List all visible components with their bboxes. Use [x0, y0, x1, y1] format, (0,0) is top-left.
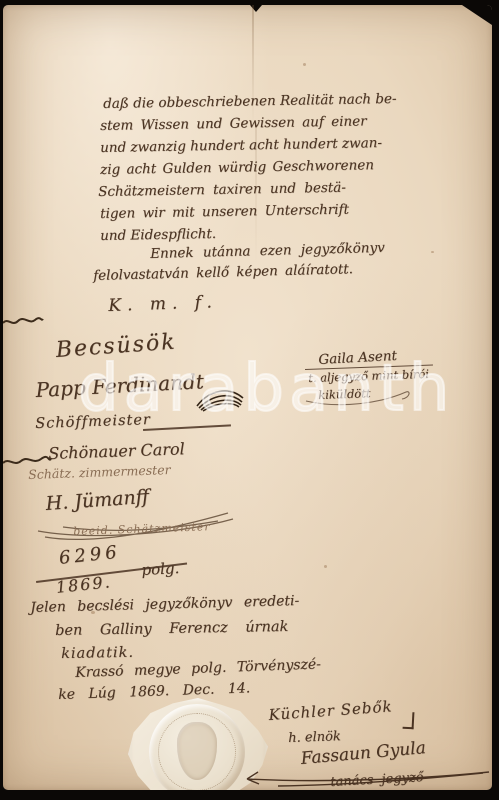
signature-role: t. aljegyző mint bírói	[308, 367, 429, 385]
signature: Gaila Asent	[318, 348, 397, 368]
manuscript-line: Ennek utánna ezen jegyzőkönyv	[150, 240, 385, 262]
docket-number: 6296	[58, 542, 122, 569]
foxing-spot	[431, 251, 434, 253]
kmf-abbreviation: K. m. f.	[108, 292, 218, 316]
pen-bracket	[403, 712, 415, 730]
manuscript-line: daß die obbeschriebenen Realität nach be…	[103, 91, 397, 112]
scanned-document-photo: daß die obbeschriebenen Realität nach be…	[0, 0, 499, 800]
appraisers-header: Becsüsök	[55, 330, 177, 363]
docket-year: 1869.	[55, 572, 112, 597]
manuscript-line: und zwanzig hundert acht hundert zwan-	[100, 135, 382, 156]
signature: Küchler Sebők	[268, 697, 393, 724]
docket-suffix: polg.	[141, 559, 180, 579]
manuscript-line: zig acht Gulden würdig Geschworenen	[100, 157, 374, 178]
foxing-spot	[303, 63, 306, 66]
manuscript-line: Jelen becslési jegyzőkönyv eredeti-	[30, 593, 299, 616]
signature: Papp Ferdinandt	[35, 369, 204, 402]
signature-role: h. elnök	[288, 729, 341, 746]
seal-disc	[149, 704, 245, 790]
manuscript-line: ben Galliny Ferencz úrnak	[55, 619, 288, 639]
torn-corner	[462, 5, 492, 25]
ink-mark	[3, 314, 43, 330]
manuscript-line: Schätzmeistern taxiren und bestä-	[98, 180, 346, 200]
manuscript-line: stem Wissen und Gewissen auf einer	[100, 113, 367, 134]
ink-blot-flourish	[195, 382, 245, 412]
document-page: daß die obbeschriebenen Realität nach be…	[3, 5, 492, 790]
pen-stroke	[143, 424, 231, 430]
signature-flourish	[306, 389, 416, 409]
signature: Schönauer Carol	[48, 439, 185, 463]
signature-role: Schöffmeister	[35, 412, 151, 432]
manuscript-line: felolvastatván kellő képen aláíratott.	[93, 261, 353, 284]
manuscript-line: und Eidespflicht.	[100, 226, 216, 244]
manuscript-line: tigen wir mit unseren Unterschrift	[100, 202, 349, 222]
manuscript-line: kiadatik.	[61, 645, 134, 662]
manuscript-line: ke Lúg 1869. Dec. 14.	[58, 680, 250, 703]
foxing-spot	[324, 565, 327, 568]
